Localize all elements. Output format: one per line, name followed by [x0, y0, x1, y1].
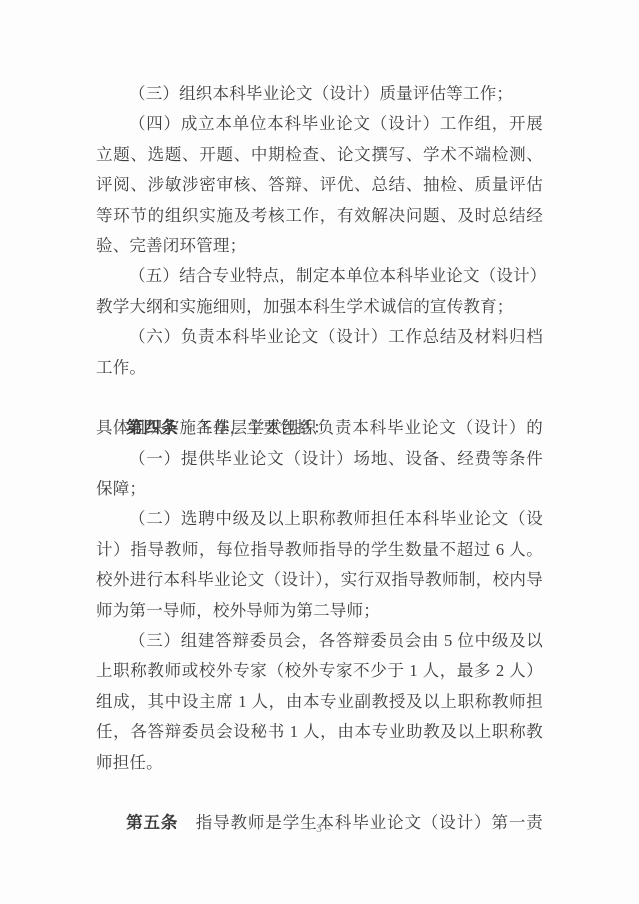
text-line: 第四条 各基层学术组织负责本科毕业论文（设计）的 [96, 383, 543, 413]
text-line: 第五条 指导教师是学生本科毕业论文（设计）第一责 [96, 778, 543, 808]
text-line: 师为第一导师，校外导师为第二导师； [96, 596, 543, 626]
document-page: （三）组织本科毕业论文（设计）质量评估等工作； （四）成立本单位本科毕业论文（设… [0, 0, 639, 904]
text-line: 任，各答辩委员会设秘书 1 人，由本专业助教及以上职称教 [96, 717, 543, 747]
text-line: （二）选聘中级及以上职称教师担任本科毕业论文（设 [96, 504, 543, 534]
text-line: （三）组织本科毕业论文（设计）质量评估等工作； [96, 79, 543, 109]
text-line: 组成，其中设主席 1 人，由本专业副教授及以上职称教师担 [96, 687, 543, 717]
text-line: （一）提供毕业论文（设计）场地、设备、经费等条件 [96, 444, 543, 474]
text-line: （五）结合专业特点，制定本单位本科毕业论文（设计） [96, 261, 543, 291]
text-line: （六）负责本科毕业论文（设计）工作总结及材料归档 [96, 322, 543, 352]
text-line: 评阅、涉敏涉密审核、答辩、评优、总结、抽检、质量评估 [96, 170, 543, 200]
text-line: 师担任。 [96, 748, 543, 778]
text-line: （四）成立本单位本科毕业论文（设计）工作组，开展 [96, 109, 543, 139]
document-body: （三）组织本科毕业论文（设计）质量评估等工作； （四）成立本单位本科毕业论文（设… [96, 79, 543, 808]
text-line: 立题、选题、开题、中期检查、论文撰写、学术不端检测、 [96, 140, 543, 170]
text-line: 等环节的组织实施及考核工作，有效解决问题、及时总结经 [96, 201, 543, 231]
text-line: 校外进行本科毕业论文（设计），实行双指导教师制，校内导 [96, 565, 543, 595]
text-line: 教学大纲和实施细则，加强本科生学术诚信的宣传教育； [96, 292, 543, 322]
text-line: 验、完善闭环管理； [96, 231, 543, 261]
text-line: 计）指导教师，每位指导教师指导的学生数量不超过 6 人。 [96, 535, 543, 565]
text-line: 上职称教师或校外专家（校外专家不少于 1 人，最多 2 人） [96, 656, 543, 686]
text-line: 工作。 [96, 353, 543, 383]
text-line: （三）组建答辩委员会，各答辩委员会由 5 位中级及以 [96, 626, 543, 656]
page-number: - 3 - [0, 821, 639, 837]
text-line: 保障； [96, 474, 543, 504]
